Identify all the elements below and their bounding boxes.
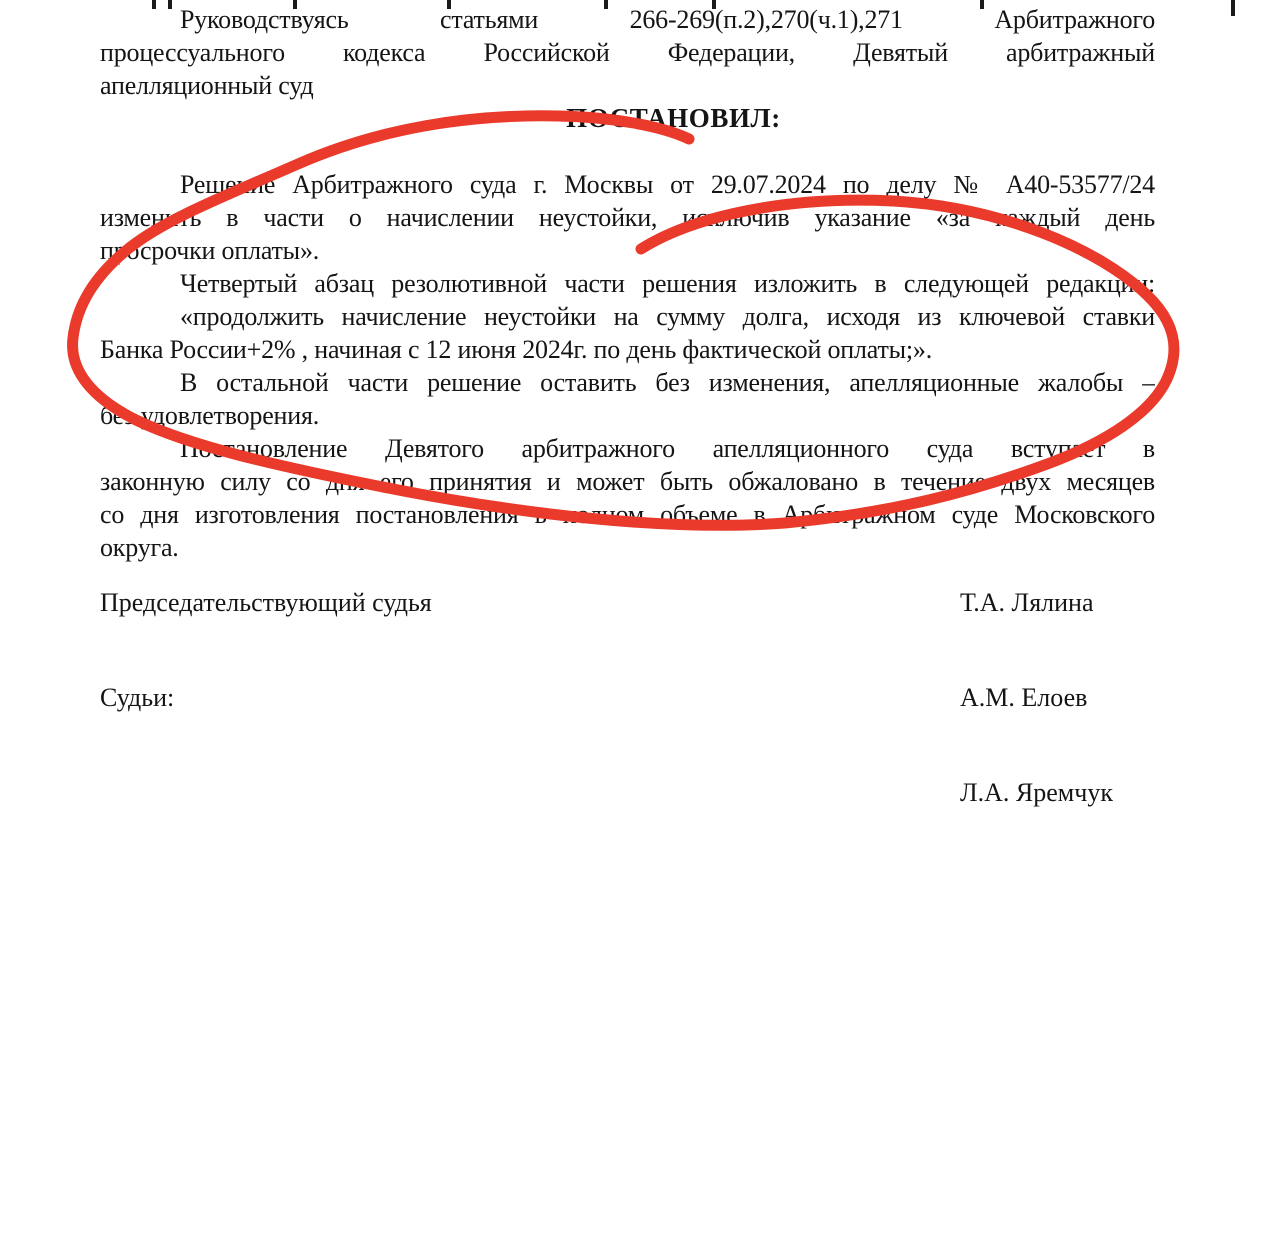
text-line: Четвертый абзац резолютивной части решен… xyxy=(100,267,1155,300)
text-line: «продолжить начисление неустойки на сумм… xyxy=(100,300,1155,333)
court-ruling-scan: Руководствуясь статьями 266-269(п.2),270… xyxy=(0,0,1280,1238)
signature-row-judge-2: Л.А. Яремчук xyxy=(100,776,1155,809)
text-line: апелляционный суд xyxy=(100,69,1155,102)
text-line: со дня изготовления постановления в полн… xyxy=(100,498,1155,531)
text-line: изменить в части о начислении неустойки,… xyxy=(100,201,1155,234)
presiding-judge-name: Т.А. Лялина xyxy=(960,586,1094,619)
signature-row-presiding-judge: Председательствующий судья Т.А. Лялина xyxy=(100,586,1155,619)
judge-1-name: А.М. Елоев xyxy=(960,681,1087,714)
text-line: просрочки оплаты». xyxy=(100,234,1155,267)
text-line: В остальной части решение оставить без и… xyxy=(100,366,1155,399)
presiding-judge-label: Председательствующий судья xyxy=(100,586,432,619)
text-line: Банка России+2% , начиная с 12 июня 2024… xyxy=(100,333,1155,366)
text-line: процессуального кодекса Российской Федер… xyxy=(100,36,1155,69)
text-line: законную силу со дня его принятия и може… xyxy=(100,465,1155,498)
text-line: Постановление Девятого арбитражного апел… xyxy=(100,432,1155,465)
signature-row-judge-1: Судьи: А.М. Елоев xyxy=(100,681,1155,714)
judges-label: Судьи: xyxy=(100,681,174,714)
document-body: Руководствуясь статьями 266-269(п.2),270… xyxy=(100,3,1155,564)
text-line: округа. xyxy=(100,531,1155,564)
ink-fragment xyxy=(1231,0,1235,16)
judge-2-name: Л.А. Яремчук xyxy=(960,776,1113,809)
text-line: Руководствуясь статьями 266-269(п.2),270… xyxy=(100,3,1155,36)
text-line: без удовлетворения. xyxy=(100,399,1155,432)
text-line xyxy=(100,135,1155,168)
signature-block: Председательствующий судья Т.А. Лялина С… xyxy=(100,586,1155,871)
postanovil-heading: ПОСТАНОВИЛ: xyxy=(100,102,1155,135)
text-line: Решение Арбитражного суда г. Москвы от 2… xyxy=(100,168,1155,201)
